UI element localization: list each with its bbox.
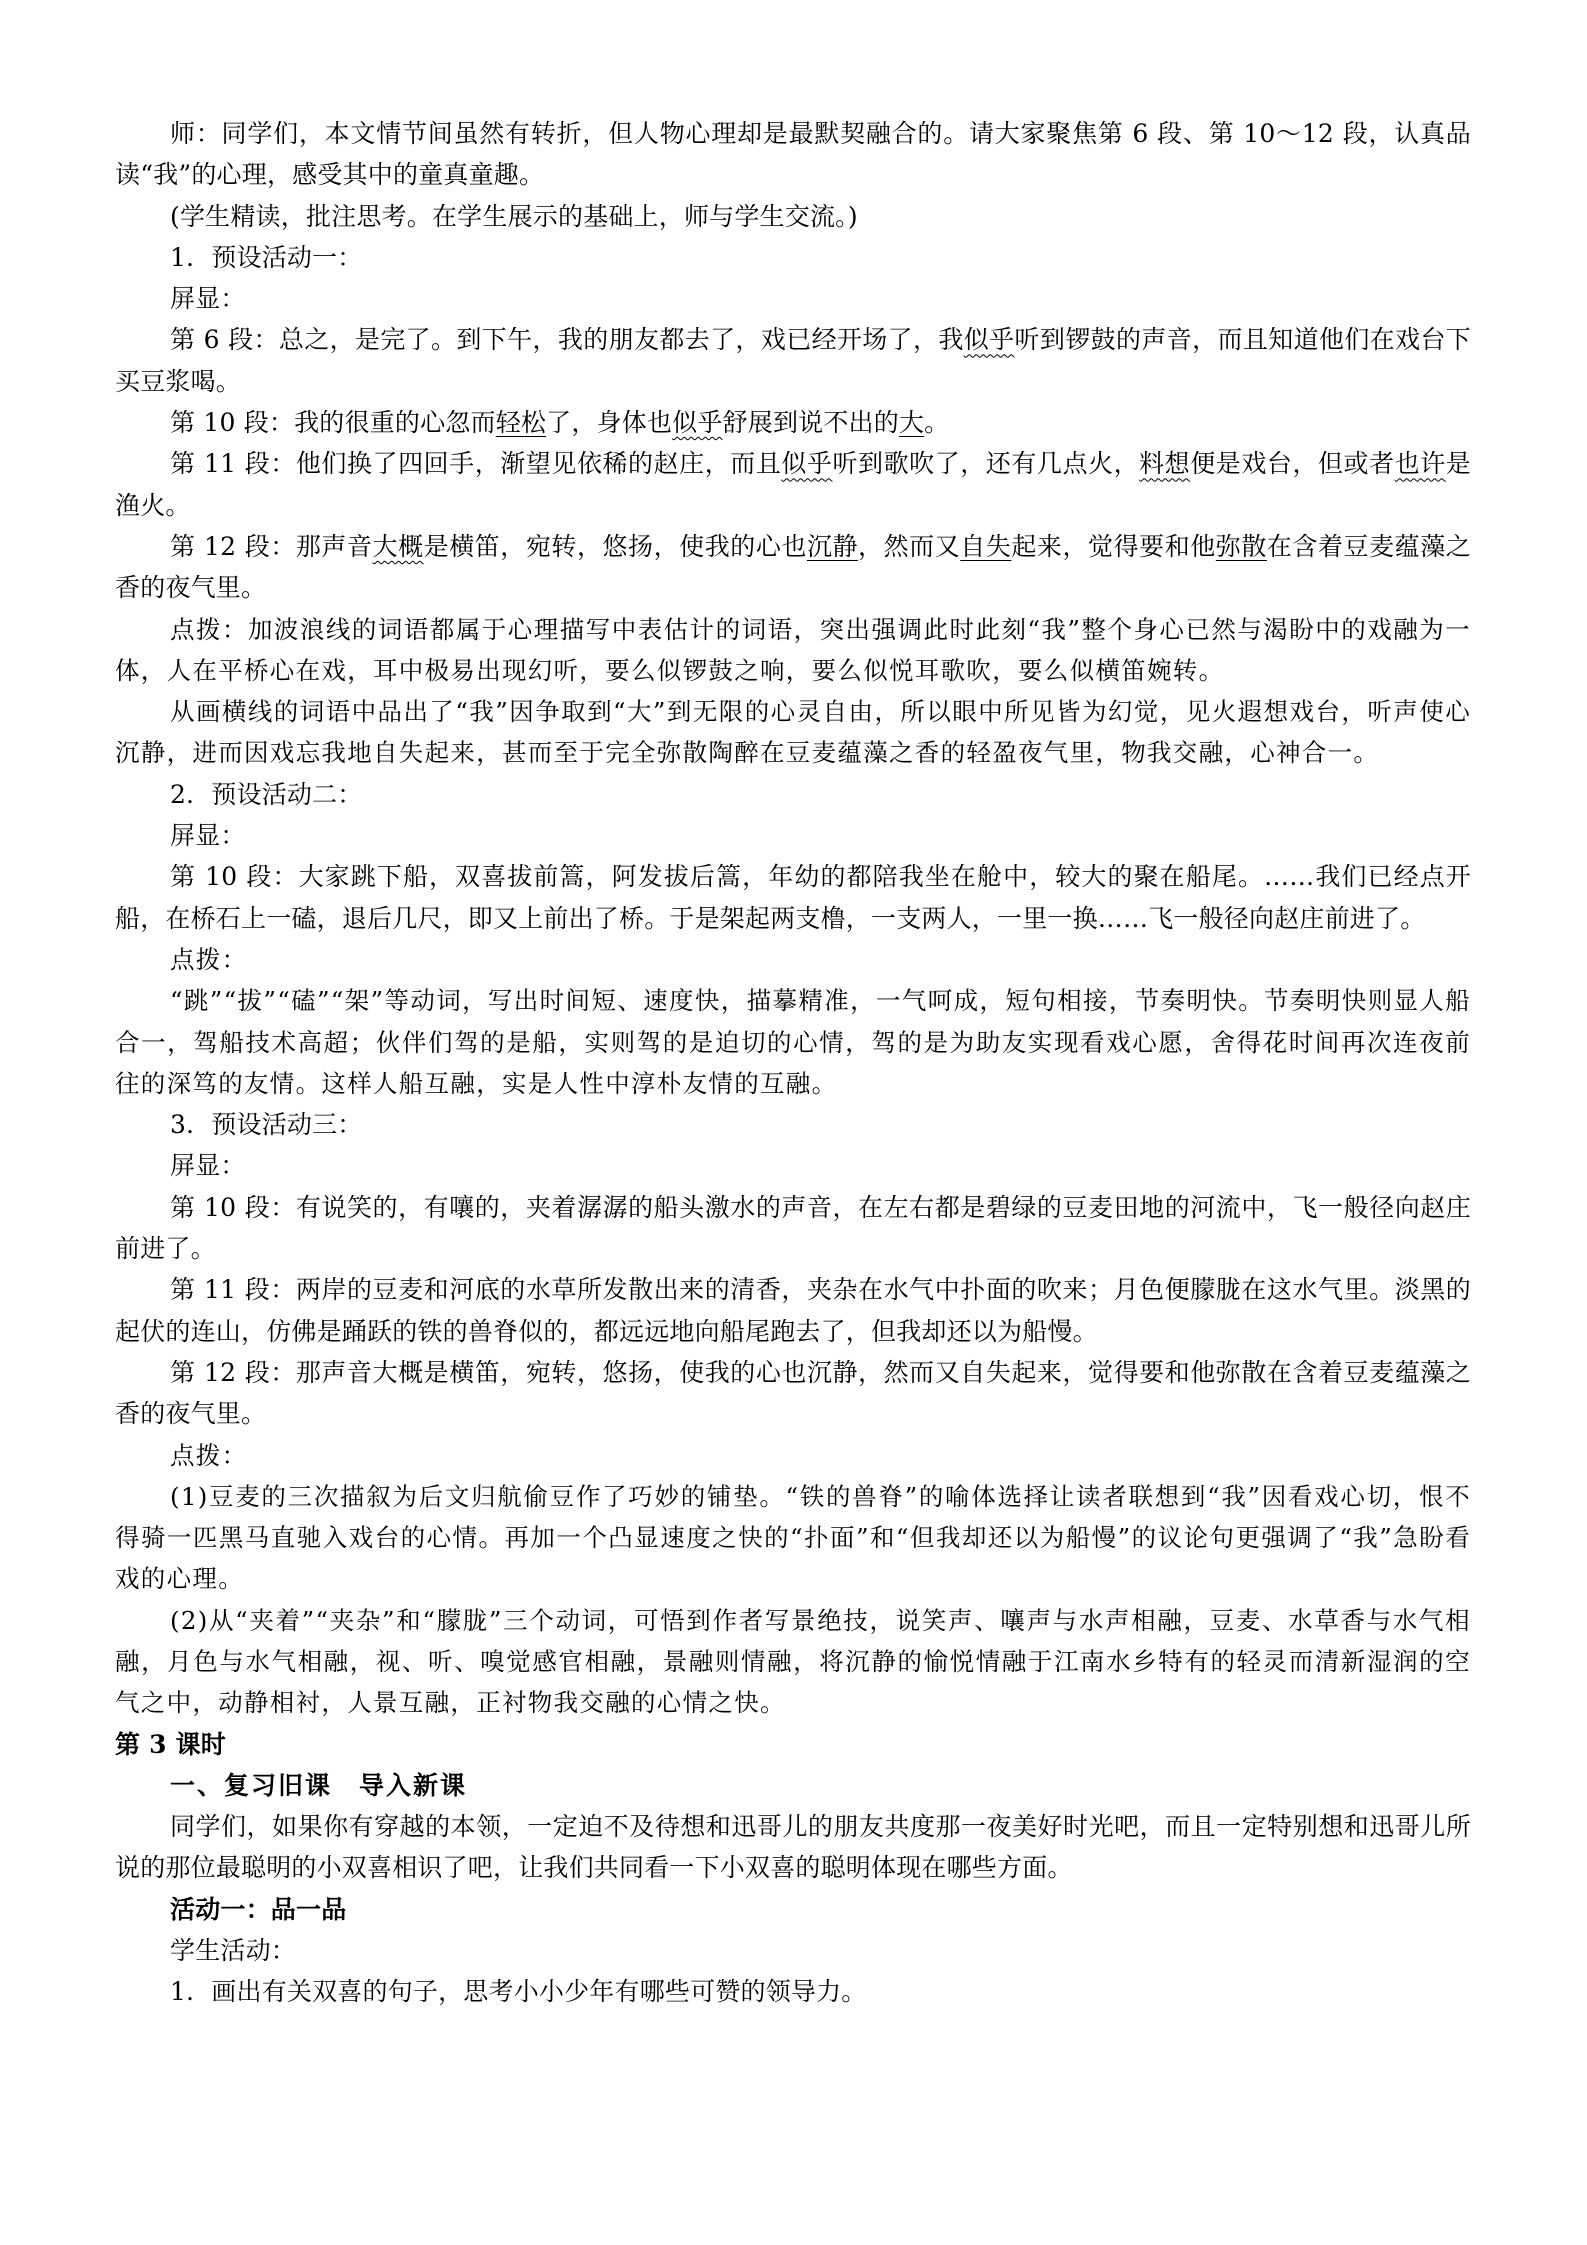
text-segment: 第 6 段：总之，是完了。到下午，我的朋友都去了，戏已经开场了，我 — [170, 325, 964, 354]
wavy-underlined-word: 也许 — [1395, 449, 1446, 478]
activity1-paragraph10: 第 10 段：我的很重的心忽而轻松了，身体也似乎舒展到说不出的大。 — [115, 402, 1471, 443]
wavy-underlined-word: 似乎 — [964, 325, 1015, 354]
text-segment: 起来，觉得要和他 — [1011, 532, 1215, 561]
underlined-word: 轻松 — [496, 408, 546, 437]
activity2-paragraph10: 第 10 段：大家跳下船，双喜拔前篙，阿发拔后篙，年幼的都陪我坐在舱中，较大的聚… — [115, 856, 1471, 939]
lesson3-title: 第 3 课时 — [115, 1724, 1471, 1765]
activity1-paragraph12: 第 12 段：那声音大概是横笛，宛转，悠扬，使我的心也沉静，然而又自失起来，觉得… — [115, 526, 1471, 609]
underlined-word: 大 — [899, 408, 924, 437]
section1-paragraph: 同学们，如果你有穿越的本领，一定迫不及待想和迅哥儿的朋友共度那一夜美好时光吧，而… — [115, 1806, 1471, 1889]
text-segment: 第 10 段：我的很重的心忽而 — [170, 408, 496, 437]
activity1-tip-paragraph: 点拨：加波浪线的词语都属于心理描写中表估计的词语，突出强调此时此刻“我”整个身心… — [115, 609, 1471, 692]
activity1-tip-followup: 从画横线的词语中品出了“我”因争取到“大”到无限的心灵自由，所以眼中所见皆为幻觉… — [115, 691, 1471, 774]
student-activity-label: 学生活动： — [115, 1930, 1471, 1971]
activity2-tip-label: 点拨： — [115, 939, 1471, 980]
activity2-tip-paragraph: “跳”“拔”“磕”“架”等动词，写出时间短、速度快，描摹精准，一气呵成，短句相接… — [115, 980, 1471, 1104]
text-segment: ，然而又 — [858, 532, 960, 561]
activity3-tip-label: 点拨： — [115, 1435, 1471, 1476]
section1-heading: 一、复习旧课 导入新课 — [115, 1765, 1471, 1806]
text-segment: 。 — [924, 408, 949, 437]
text-segment: 舒展到说不出的 — [723, 408, 899, 437]
activity3-paragraph10: 第 10 段：有说笑的，有嚷的，夹着潺潺的船头激水的声音，在左右都是碧绿的豆麦田… — [115, 1187, 1471, 1270]
activity3-tip-point1: (1)豆麦的三次描叙为后文归航偷豆作了巧妙的铺垫。“铁的兽脊”的喻体选择让读者联… — [115, 1476, 1471, 1600]
text-segment: 是横笛，宛转，悠扬，使我的心也 — [424, 532, 807, 561]
activity3-paragraph12: 第 12 段：那声音大概是横笛，宛转，悠扬，使我的心也沉静，然而又自失起来，觉得… — [115, 1352, 1471, 1435]
activity-one-heading: 活动一：品一品 — [115, 1889, 1471, 1930]
text-segment: 第 12 段：那声音 — [170, 532, 373, 561]
wavy-underlined-word: 料想 — [1139, 449, 1190, 478]
activity1-title: 1．预设活动一： — [115, 237, 1471, 278]
activity3-paragraph11: 第 11 段：两岸的豆麦和河底的水草所发散出来的清香，夹杂在水气中扑面的吹来；月… — [115, 1269, 1471, 1352]
activity1-screen-label: 屏显： — [115, 278, 1471, 319]
student-activity-item1: 1．画出有关双喜的句子，思考小小少年有哪些可赞的领导力。 — [115, 1971, 1471, 2012]
activity3-tip-point2: (2)从“夹着”“夹杂”和“朦胧”三个动词，可悟到作者写景绝技，说笑声、嚷声与水… — [115, 1600, 1471, 1724]
wavy-underlined-word: 大概 — [373, 532, 424, 561]
underlined-word: 沉静 — [807, 532, 858, 561]
wavy-underlined-word: 似乎 — [672, 408, 722, 437]
activity3-screen-label: 屏显： — [115, 1145, 1471, 1186]
text-segment: 听到歌吹了，还有几点火， — [832, 449, 1139, 478]
text-segment: 了，身体也 — [546, 408, 672, 437]
activity1-paragraph6: 第 6 段：总之，是完了。到下午，我的朋友都去了，戏已经开场了，我似乎听到锣鼓的… — [115, 319, 1471, 402]
activity2-title: 2．预设活动二： — [115, 774, 1471, 815]
underlined-word: 弥散 — [1216, 532, 1267, 561]
activity1-paragraph11: 第 11 段：他们换了四回手，渐望见依稀的赵庄，而且似乎听到歌吹了，还有几点火，… — [115, 443, 1471, 526]
text-segment: 第 11 段：他们换了四回手，渐望见依稀的赵庄，而且 — [170, 449, 781, 478]
underlined-word: 自失 — [960, 532, 1011, 561]
document-page: 师：同学们，本文情节间虽然有转折，但人物心理却是最默契融合的。请大家聚焦第 6 … — [115, 113, 1471, 2013]
text-segment: 便是戏台，但或者 — [1190, 449, 1394, 478]
wavy-underlined-word: 似乎 — [781, 449, 832, 478]
teacher-intro-paragraph: 师：同学们，本文情节间虽然有转折，但人物心理却是最默契融合的。请大家聚焦第 6 … — [115, 113, 1471, 196]
activity2-screen-label: 屏显： — [115, 815, 1471, 856]
activity3-title: 3．预设活动三： — [115, 1104, 1471, 1145]
intro-note: (学生精读，批注思考。在学生展示的基础上，师与学生交流。) — [115, 196, 1471, 237]
